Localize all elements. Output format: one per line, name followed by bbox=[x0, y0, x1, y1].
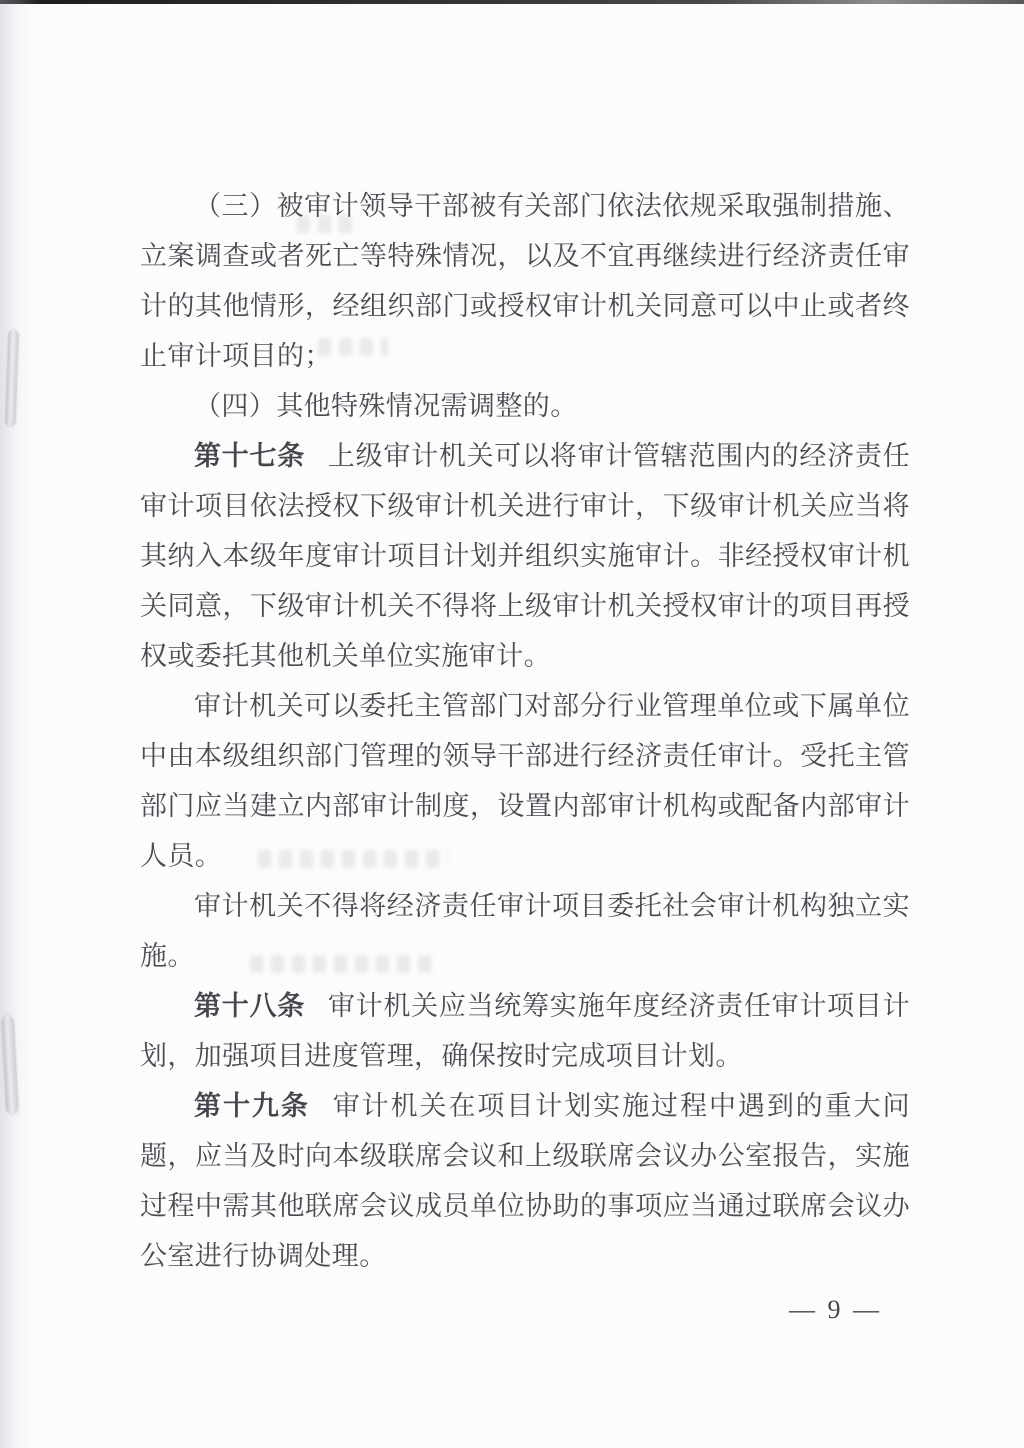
scan-edge-line bbox=[0, 0, 1024, 4]
paragraph-text: （三）被审计领导干部被有关部门依法依规采取强制措施、立案调查或者死亡等特殊情况，… bbox=[140, 191, 910, 371]
binding-mark-top bbox=[5, 330, 18, 426]
page-number: — 9 — bbox=[789, 1295, 882, 1325]
scanned-document-page: （三）被审计领导干部被有关部门依法依规采取强制措施、立案调查或者死亡等特殊情况，… bbox=[0, 0, 1024, 1448]
paragraph-text: 审计机关不得将经济责任审计项目委托社会审计机构独立实施。 bbox=[140, 891, 910, 971]
paragraph-text: 上级审计机关可以将审计管辖范围内的经济责任审计项目依法授权下级审计机关进行审计，… bbox=[140, 441, 910, 671]
paragraph-delegation: 审计机关可以委托主管部门对部分行业管理单位或下属单位中由本级组织部门管理的领导干… bbox=[140, 681, 910, 881]
paragraph-prohibition: 审计机关不得将经济责任审计项目委托社会审计机构独立实施。 bbox=[140, 881, 910, 981]
article-number-label: 第十八条 bbox=[194, 991, 305, 1021]
paragraph-item-4: （四）其他特殊情况需调整的。 bbox=[140, 381, 910, 431]
paragraph-article-17: 第十七条上级审计机关可以将审计管辖范围内的经济责任审计项目依法授权下级审计机关进… bbox=[140, 431, 910, 681]
paragraph-text: 审计机关可以委托主管部门对部分行业管理单位或下属单位中由本级组织部门管理的领导干… bbox=[140, 691, 910, 871]
article-number-label: 第十七条 bbox=[194, 441, 305, 471]
scan-left-shadow bbox=[0, 0, 40, 1448]
paragraph-article-18: 第十八条审计机关应当统筹实施年度经济责任审计项目计划，加强项目进度管理，确保按时… bbox=[140, 981, 910, 1081]
paragraph-article-19: 第十九条审计机关在项目计划实施过程中遇到的重大问题，应当及时向本级联席会议和上级… bbox=[140, 1081, 910, 1281]
paragraph-text: （四）其他特殊情况需调整的。 bbox=[194, 391, 578, 421]
paragraph-item-3: （三）被审计领导干部被有关部门依法依规采取强制措施、立案调查或者死亡等特殊情况，… bbox=[140, 181, 910, 381]
binding-mark-bottom bbox=[1, 1016, 18, 1114]
article-number-label: 第十九条 bbox=[194, 1091, 310, 1121]
document-body: （三）被审计领导干部被有关部门依法依规采取强制措施、立案调查或者死亡等特殊情况，… bbox=[140, 181, 910, 1281]
